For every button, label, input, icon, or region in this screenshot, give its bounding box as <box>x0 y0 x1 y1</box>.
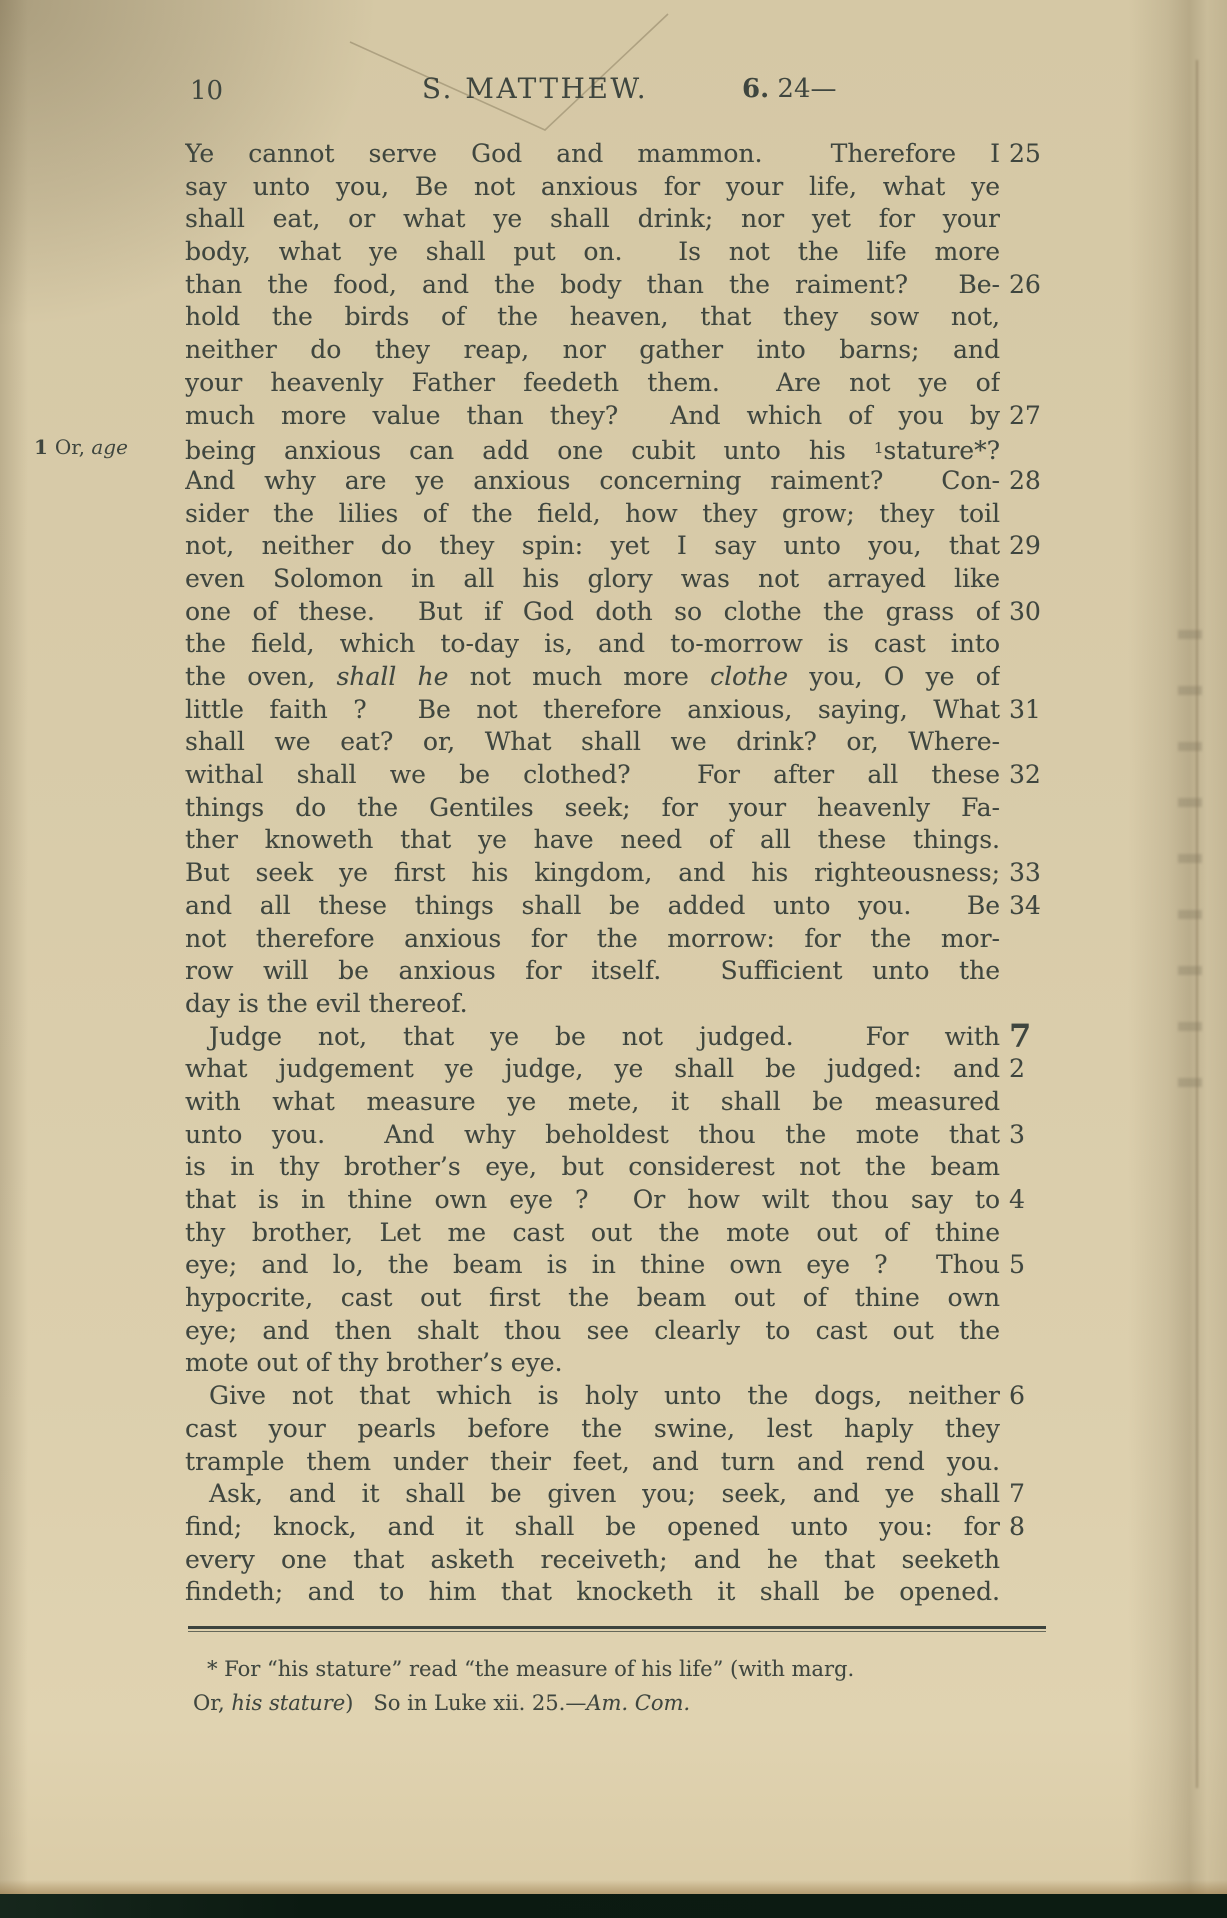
verse-line: being anxious can add one cubit unto his… <box>185 432 1057 465</box>
verse-line: Ask, and it shall be given you; seek, an… <box>185 1478 1057 1511</box>
verse-line: hypocrite, cast out first the beam out o… <box>185 1282 1057 1315</box>
verse-line-text: even Solomon in all his glory was not ar… <box>185 563 1000 596</box>
verse-number <box>1000 1576 1057 1609</box>
text-segment: being anxious can add one cubit unto his <box>185 436 874 465</box>
verse-line: ther knoweth that ye have need of all th… <box>185 824 1057 857</box>
verse-line: sider the lilies of the field, how they … <box>185 498 1057 531</box>
verse-line-text: unto you. And why beholdest thou the mot… <box>185 1119 1000 1152</box>
text-segment: find; knock, and it shall be opened unto… <box>185 1512 1000 1541</box>
verse-number <box>1000 1413 1057 1446</box>
text-segment: * For “his stature” read “the measure of… <box>207 1657 854 1681</box>
verse-line-text: shall eat, or what ye shall drink; nor y… <box>185 203 1000 236</box>
text-segment: is in thy brother’s eye, but considerest… <box>185 1152 1000 1181</box>
text-segment: And why are ye anxious concerning raimen… <box>185 466 1000 495</box>
verse-line: neither do they reap, nor gather into ba… <box>185 334 1057 367</box>
footnote: * For “his stature” read “the measure of… <box>193 1652 1073 1720</box>
verse-number: 6 <box>1000 1380 1057 1413</box>
verse-number <box>1000 726 1057 759</box>
verse-line: unto you. And why beholdest thou the mot… <box>185 1119 1057 1152</box>
text-segment: and all these things shall be added unto… <box>185 891 1000 920</box>
text-segment: much more value than they? And which of … <box>185 401 1000 430</box>
verse-number <box>1000 661 1057 694</box>
verse-line-text: findeth; and to him that knocketh it sha… <box>185 1576 1000 1609</box>
verse-number <box>1000 498 1057 531</box>
verse-line: say unto you, Be not anxious for your li… <box>185 171 1057 204</box>
verse-line-text: hypocrite, cast out first the beam out o… <box>185 1282 1000 1315</box>
verse-number: 5 <box>1000 1249 1057 1282</box>
verse-number <box>1000 334 1057 367</box>
text-segment: 6. <box>742 74 769 104</box>
text-segment: ) So in Luke xii. 25.— <box>345 1691 586 1715</box>
verse-number <box>1000 236 1057 269</box>
verse-line: body, what ye shall put on. Is not the l… <box>185 236 1057 269</box>
verse-line: that is in thine own eye ? Or how wilt t… <box>185 1184 1057 1217</box>
verse-line: your heavenly Father feedeth them. Are n… <box>185 367 1057 400</box>
verse-line: hold the birds of the heaven, that they … <box>185 301 1057 334</box>
verse-number <box>1000 923 1057 956</box>
verse-line: day is the evil thereof. <box>185 988 1057 1021</box>
text-segment: your heavenly Father feedeth them. Are n… <box>185 368 1000 397</box>
text-segment: shall he <box>336 662 448 691</box>
verse-line-text: that is in thine own eye ? Or how wilt t… <box>185 1184 1000 1217</box>
verse-number: 29 <box>1000 530 1057 563</box>
text-segment: Am. Com. <box>586 1691 690 1715</box>
text-segment: unto you. And why beholdest thou the mot… <box>185 1120 1000 1149</box>
verse-number <box>1000 1151 1057 1184</box>
verse-number: 4 <box>1000 1184 1057 1217</box>
verse-line-text: not, neither do they spin: yet I say unt… <box>185 530 1000 563</box>
text-segment: every one that asketh receiveth; and he … <box>185 1545 1000 1574</box>
verse-line: eye; and then shalt thou see clearly to … <box>185 1315 1057 1348</box>
verse-line-text: much more value than they? And which of … <box>185 400 1000 433</box>
verse-number <box>1000 432 1057 465</box>
verse-line: cast your pearls before the swine, lest … <box>185 1413 1057 1446</box>
verse-number: 34 <box>1000 890 1057 923</box>
text-segment: trample them under their feet, and turn … <box>185 1447 1000 1476</box>
verse-number <box>1000 955 1057 988</box>
text-segment: 1 <box>874 439 884 457</box>
verse-number: 3 <box>1000 1119 1057 1152</box>
verse-number <box>1000 792 1057 825</box>
text-segment: eye; and then shalt thou see clearly to … <box>185 1316 1000 1345</box>
verse-line-text: find; knock, and it shall be opened unto… <box>185 1511 1000 1544</box>
text-segment: hypocrite, cast out first the beam out o… <box>185 1283 1000 1312</box>
verse-number: 7 <box>1000 1478 1057 1511</box>
verse-line-text: little faith ? Be not therefore anxious,… <box>185 694 1000 727</box>
footnote-line: Or, his stature) So in Luke xii. 25.—Am.… <box>193 1686 1073 1720</box>
verse-line-text: neither do they reap, nor gather into ba… <box>185 334 1000 367</box>
verse-line-text: eye; and lo, the beam is in thine own ey… <box>185 1249 1000 1282</box>
verse-number <box>1000 367 1057 400</box>
verse-line-text: row will be anxious for itself. Sufficie… <box>185 955 1000 988</box>
verse-line-text: Ask, and it shall be given you; seek, an… <box>185 1478 1000 1511</box>
text-segment: But seek ye first his kingdom, and his r… <box>185 858 1000 887</box>
text-segment: withal shall we be clothed? For after al… <box>185 760 1000 789</box>
verse-line: even Solomon in all his glory was not ar… <box>185 563 1057 596</box>
verse-number: 30 <box>1000 596 1057 629</box>
verse-line: eye; and lo, the beam is in thine own ey… <box>185 1249 1057 1282</box>
verse-number <box>1000 1347 1057 1380</box>
verse-line-text: day is the evil thereof. <box>185 988 1000 1021</box>
verse-line: and all these things shall be added unto… <box>185 890 1057 923</box>
verse-number: 26 <box>1000 269 1057 302</box>
verse-line-text: Judge not, that ye be not judged. For wi… <box>185 1021 1000 1054</box>
text-segment: hold the birds of the heaven, that they … <box>185 302 1000 331</box>
verse-line-text: than the food, and the body than the rai… <box>185 269 1000 302</box>
verse-number <box>1000 988 1057 1021</box>
verse-line-text: shall we eat? or, What shall we drink? o… <box>185 726 1000 759</box>
verse-number: 33 <box>1000 857 1057 890</box>
text-segment: even Solomon in all his glory was not ar… <box>185 564 1000 593</box>
verse-line: shall eat, or what ye shall drink; nor y… <box>185 203 1057 236</box>
verse-line: mote out of thy brother’s eye. <box>185 1347 1057 1380</box>
verse-line-text: body, what ye shall put on. Is not the l… <box>185 236 1000 269</box>
text-segment: the oven, <box>185 662 336 691</box>
verse-line: not, neither do they spin: yet I say unt… <box>185 530 1057 563</box>
text-segment: Ye cannot serve God and mammon. Therefor… <box>185 139 1000 168</box>
text-segment: stature*? <box>883 436 1000 465</box>
verse-number <box>1000 1086 1057 1119</box>
verse-number: 27 <box>1000 400 1057 433</box>
verse-line: Ye cannot serve God and mammon. Therefor… <box>185 138 1057 171</box>
text-segment: things do the Gentiles seek; for your he… <box>185 793 1000 822</box>
text-segment: sider the lilies of the field, how they … <box>185 499 1000 528</box>
text-segment: body, what ye shall put on. Is not the l… <box>185 237 1000 266</box>
margin-note: 1 Or, age <box>34 432 128 462</box>
verse-line-text: every one that asketh receiveth; and he … <box>185 1544 1000 1577</box>
verse-number: 8 <box>1000 1511 1057 1544</box>
running-head-title: S. MATTHEW. <box>0 72 1070 105</box>
verse-number <box>1000 1544 1057 1577</box>
text-segment: 24— <box>769 74 836 104</box>
verse-number <box>1000 1217 1057 1250</box>
verse-number: 32 <box>1000 759 1057 792</box>
text-segment: little faith ? Be not therefore anxious,… <box>185 695 1000 724</box>
verse-line: Give not that which is holy unto the dog… <box>185 1380 1057 1413</box>
verse-number: 31 <box>1000 694 1057 727</box>
text-segment: Or, <box>55 435 91 459</box>
verse-line: one of these. But if God doth so clothe … <box>185 596 1057 629</box>
footnote-rule <box>188 1626 1046 1632</box>
verse-line: thy brother, Let me cast out the mote ou… <box>185 1217 1057 1250</box>
verse-line-text: is in thy brother’s eye, but considerest… <box>185 1151 1000 1184</box>
text-segment: not much more <box>448 662 710 691</box>
text-segment: Ask, and it shall be given you; seek, an… <box>209 1479 1000 1508</box>
verse-number <box>1000 203 1057 236</box>
text-segment: that is in thine own eye ? Or how wilt t… <box>185 1185 1000 1214</box>
gutter-crease <box>1196 60 1198 1788</box>
text-segment: findeth; and to him that knocketh it sha… <box>185 1577 1000 1606</box>
verse-line: not therefore anxious for the morrow: fo… <box>185 923 1057 956</box>
verse-line: with what measure ye mete, it shall be m… <box>185 1086 1057 1119</box>
text-segment: you, O ye of <box>788 662 1000 691</box>
text-segment: not, neither do they spin: yet I say unt… <box>185 531 1000 560</box>
verse-number: 28 <box>1000 465 1057 498</box>
verse-line-text: eye; and then shalt thou see clearly to … <box>185 1315 1000 1348</box>
text-segment: with what measure ye mete, it shall be m… <box>185 1087 1000 1116</box>
verse-line-text: Ye cannot serve God and mammon. Therefor… <box>185 138 1000 171</box>
verse-line: things do the Gentiles seek; for your he… <box>185 792 1057 825</box>
verse-line-text: Give not that which is holy unto the dog… <box>185 1380 1000 1413</box>
verse-number <box>1000 628 1057 661</box>
page-left-edge-shading <box>0 0 28 1918</box>
verse-number <box>1000 301 1057 334</box>
text-segment: shall eat, or what ye shall drink; nor y… <box>185 204 1000 233</box>
text-segment: Give not that which is holy unto the dog… <box>209 1381 1000 1410</box>
verse-line-text: sider the lilies of the field, how they … <box>185 498 1000 531</box>
text-segment: 1 <box>34 435 55 459</box>
verse-number <box>1000 824 1057 857</box>
verse-line: is in thy brother’s eye, but considerest… <box>185 1151 1057 1184</box>
text-segment: Or, <box>193 1691 231 1715</box>
text-segment: not therefore anxious for the morrow: fo… <box>185 924 1000 953</box>
text-segment: clothe <box>710 662 788 691</box>
verse-line: than the food, and the body than the rai… <box>185 269 1057 302</box>
verse-number: 2 <box>1000 1053 1057 1086</box>
verse-line-text: your heavenly Father feedeth them. Are n… <box>185 367 1000 400</box>
verse-lines: Ye cannot serve God and mammon. Therefor… <box>185 138 1057 1609</box>
verse-line-text: and all these things shall be added unto… <box>185 890 1000 923</box>
verse-line: every one that asketh receiveth; and he … <box>185 1544 1057 1577</box>
text-segment: say unto you, Be not anxious for your li… <box>185 172 1000 201</box>
header-reference: 6. 24— <box>742 74 837 104</box>
book-cover-edge <box>0 1894 1227 1918</box>
verse-line-text: hold the birds of the heaven, that they … <box>185 301 1000 334</box>
text-segment: mote out of thy brother’s eye. <box>185 1348 562 1377</box>
verse-line-text: cast your pearls before the swine, lest … <box>185 1413 1000 1446</box>
verse-number <box>1000 1282 1057 1315</box>
verse-number <box>1000 1446 1057 1479</box>
text-segment: day is the evil thereof. <box>185 989 468 1018</box>
verse-number <box>1000 563 1057 596</box>
text-segment: what judgement ye judge, ye shall be jud… <box>185 1054 1000 1083</box>
verse-line-text: say unto you, Be not anxious for your li… <box>185 171 1000 204</box>
page-gutter-shadow <box>1128 0 1227 1896</box>
verse-line: Judge not, that ye be not judged. For wi… <box>185 1021 1057 1054</box>
text-segment: thy brother, Let me cast out the mote ou… <box>185 1218 1000 1247</box>
verse-number <box>1000 171 1057 204</box>
text-segment: row will be anxious for itself. Sufficie… <box>185 956 1000 985</box>
book-page-scan: 10 S. MATTHEW. 6. 24— 1 Or, age Ye canno… <box>0 0 1227 1918</box>
text-segment: neither do they reap, nor gather into ba… <box>185 335 1000 364</box>
text-segment: eye; and lo, the beam is in thine own ey… <box>185 1250 1000 1279</box>
verse-line: find; knock, and it shall be opened unto… <box>185 1511 1057 1544</box>
footnote-line: * For “his stature” read “the measure of… <box>193 1652 1073 1686</box>
text-segment: shall we eat? or, What shall we drink? o… <box>185 727 1000 756</box>
verse-line-text: trample them under their feet, and turn … <box>185 1446 1000 1479</box>
verse-line: row will be anxious for itself. Sufficie… <box>185 955 1057 988</box>
verse-line: And why are ye anxious concerning raimen… <box>185 465 1057 498</box>
verse-line-text: mote out of thy brother’s eye. <box>185 1347 1000 1380</box>
text-segment: age <box>91 435 128 459</box>
verse-line: the field, which to-day is, and to-morro… <box>185 628 1057 661</box>
verse-line-text: ther knoweth that ye have need of all th… <box>185 824 1000 857</box>
chapter-number: 7 <box>1000 1021 1057 1054</box>
verse-line: little faith ? Be not therefore anxious,… <box>185 694 1057 727</box>
verse-line-text: not therefore anxious for the morrow: fo… <box>185 923 1000 956</box>
verse-line-text: things do the Gentiles seek; for your he… <box>185 792 1000 825</box>
text-segment: ther knoweth that ye have need of all th… <box>185 825 1000 854</box>
verse-line-text: what judgement ye judge, ye shall be jud… <box>185 1053 1000 1086</box>
verse-number <box>1000 1315 1057 1348</box>
verse-line: withal shall we be clothed? For after al… <box>185 759 1057 792</box>
verse-line: what judgement ye judge, ye shall be jud… <box>185 1053 1057 1086</box>
verse-number: 25 <box>1000 138 1057 171</box>
text-segment: than the food, and the body than the rai… <box>185 270 1000 299</box>
text-segment: his stature <box>231 1691 345 1715</box>
text-segment: Judge not, that ye be not judged. For wi… <box>209 1022 1000 1051</box>
verse-line: shall we eat? or, What shall we drink? o… <box>185 726 1057 759</box>
verse-line-text: the field, which to-day is, and to-morro… <box>185 628 1000 661</box>
verse-line-text: And why are ye anxious concerning raimen… <box>185 465 1000 498</box>
verse-line: But seek ye first his kingdom, and his r… <box>185 857 1057 890</box>
verse-line-text: with what measure ye mete, it shall be m… <box>185 1086 1000 1119</box>
text-segment: cast your pearls before the swine, lest … <box>185 1414 1000 1443</box>
verse-line-text: thy brother, Let me cast out the mote ou… <box>185 1217 1000 1250</box>
verse-line: the oven, shall he not much more clothe … <box>185 661 1057 694</box>
verse-line-text: being anxious can add one cubit unto his… <box>185 432 1000 465</box>
verse-line-text: the oven, shall he not much more clothe … <box>185 661 1000 694</box>
verse-line: much more value than they? And which of … <box>185 400 1057 433</box>
verse-line: findeth; and to him that knocketh it sha… <box>185 1576 1057 1609</box>
verse-line-text: withal shall we be clothed? For after al… <box>185 759 1000 792</box>
verse-line-text: But seek ye first his kingdom, and his r… <box>185 857 1000 890</box>
verse-line: trample them under their feet, and turn … <box>185 1446 1057 1479</box>
text-segment: one of these. But if God doth so clothe … <box>185 597 1000 626</box>
verse-line-text: one of these. But if God doth so clothe … <box>185 596 1000 629</box>
text-segment: the field, which to-day is, and to-morro… <box>185 629 1000 658</box>
